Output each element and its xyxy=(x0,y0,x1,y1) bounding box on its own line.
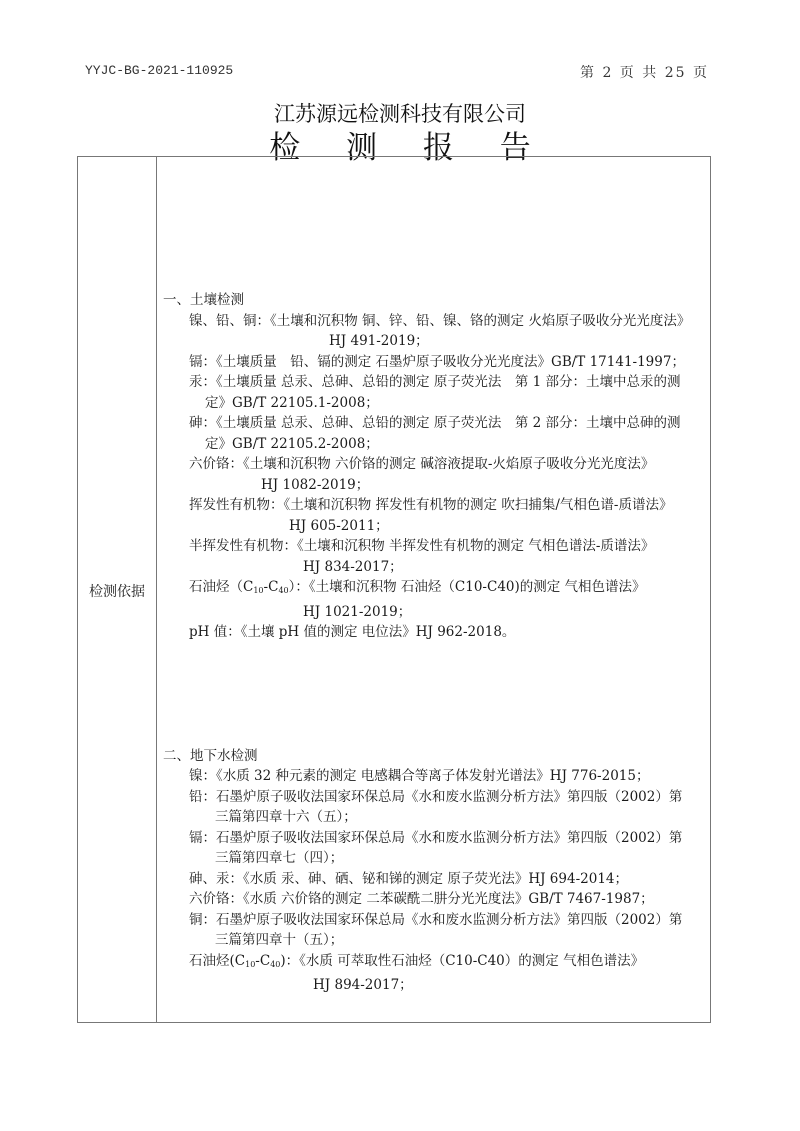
list-item: 汞：《土壤质量 总汞、总砷、总铅的测定 原子荧光法 第 1 部分：土壤中总汞的测… xyxy=(163,372,702,413)
page-number: 第 2 页 共 25 页 xyxy=(580,62,709,82)
list-item: 砷、汞：《水质 汞、砷、硒、铋和锑的测定 原子荧光法》HJ 694-2014； xyxy=(163,869,702,890)
section-title-groundwater: 二、地下水检测 xyxy=(163,746,702,767)
list-item: 铅：石墨炉原子吸收法国家环保总局《水和废水监测分析方法》第四版（2002）第 三… xyxy=(163,787,702,828)
list-item: 铜：石墨炉原子吸收法国家环保总局《水和废水监测分析方法》第四版（2002）第 三… xyxy=(163,910,702,951)
list-item: 六价铬：《土壤和沉积物 六价铬的测定 碱溶液提取-火焰原子吸收分光光度法》 HJ… xyxy=(163,454,702,495)
list-item: 镉：《土壤质量 铅、镉的测定 石墨炉原子吸收分光光度法》GB/T 17141-1… xyxy=(163,352,702,373)
list-item: 镍：《水质 32 种元素的测定 电感耦合等离子体发射光谱法》HJ 776-201… xyxy=(163,766,702,787)
document-id: YYJC-BG-2021-110925 xyxy=(85,63,233,78)
list-item: 半挥发性有机物：《土壤和沉积物 半挥发性有机物的测定 气相色谱法-质谱法》 HJ… xyxy=(163,536,702,577)
basis-content: 一、土壤检测 镍、铅、铜：《土壤和沉积物 铜、锌、铅、镍、铬的测定 火焰原子吸收… xyxy=(163,290,702,996)
list-item: 挥发性有机物：《土壤和沉积物 挥发性有机物的测定 吹扫捕集/气相色谱-质谱法》 … xyxy=(163,495,702,536)
list-item: 六价铬：《水质 六价铬的测定 二苯碳酰二肼分光光度法》GB/T 7467-198… xyxy=(163,889,702,910)
basis-table: 检测依据 一、土壤检测 镍、铅、铜：《土壤和沉积物 铜、锌、铅、镍、铬的测定 火… xyxy=(77,156,711,1023)
column-divider xyxy=(156,157,157,1022)
spacer xyxy=(163,643,702,746)
list-item: 镍、铅、铜：《土壤和沉积物 铜、锌、铅、镍、铬的测定 火焰原子吸收分光光度法》 … xyxy=(163,311,702,352)
list-item: 砷：《土壤质量 总汞、总砷、总铅的测定 原子荧光法 第 2 部分：土壤中总砷的测… xyxy=(163,413,702,454)
list-item: 石油烃(C10-C40)：《水质 可萃取性石油烃（C10-C40）的测定 气相色… xyxy=(163,951,702,996)
section-title-soil: 一、土壤检测 xyxy=(163,290,702,311)
list-item: 镉：石墨炉原子吸收法国家环保总局《水和废水监测分析方法》第四版（2002）第 三… xyxy=(163,828,702,869)
list-item: pH 值：《土壤 pH 值的测定 电位法》HJ 962-2018。 xyxy=(163,622,702,643)
row-label-basis: 检测依据 xyxy=(78,581,156,601)
list-item: 石油烃（C10-C40）：《土壤和沉积物 石油烃（C10-C40)的测定 气相色… xyxy=(163,577,702,622)
